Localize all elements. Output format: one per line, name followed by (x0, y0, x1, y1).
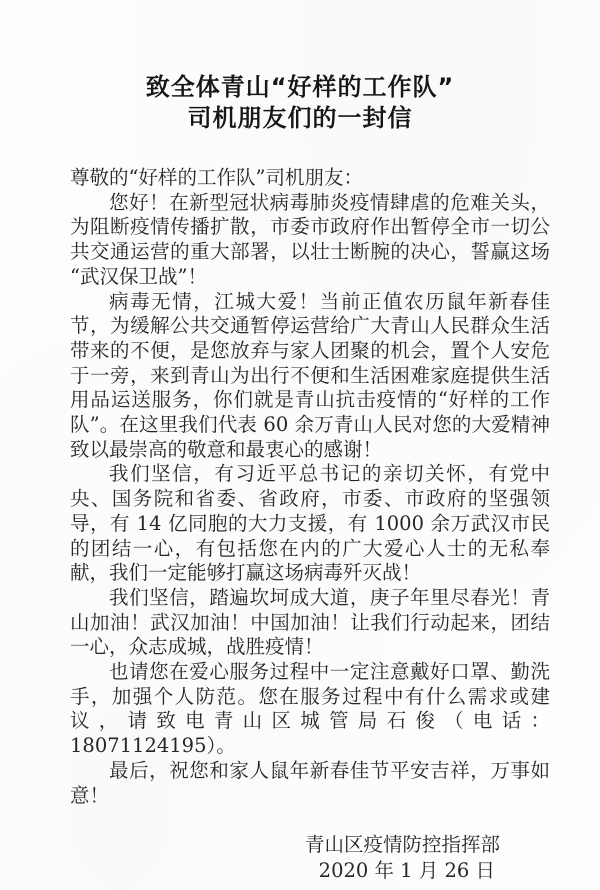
letter-title-line2: 司机朋友们的一封信 (0, 103, 600, 134)
paragraph-safety-contact: 也请您在爱心服务过程中一定注意戴好口罩、勤洗手，加强个人防范。您在服务过程中有什… (70, 660, 550, 759)
letter-title: 致全体青山“好样的工作队” 司机朋友们的一封信 (0, 72, 600, 134)
paragraph-closing-wishes: 最后，祝您和家人鼠年新春佳节平安吉祥，万事如意！ (70, 759, 550, 808)
paragraph-confidence-leadership: 我们坚信，有习近平总书记的亲切关怀，有党中央、国务院和省委、省政府，市委、市政府… (70, 462, 550, 586)
salutation: 尊敬的“好样的工作队”司机朋友： (70, 166, 550, 191)
signature-org: 青山区疫情防控指挥部 (70, 832, 550, 858)
letter-title-line1: 致全体青山“好样的工作队” (0, 72, 600, 103)
paragraph-gratitude: 病毒无情，江城大爱！当前正值农历鼠年新春佳节，为缓解公共交通暂停运营给广大青山人… (70, 290, 550, 463)
letter-body: 尊敬的“好样的工作队”司机朋友： 您好！在新型冠状病毒肺炎疫情肆虐的危难关头，为… (70, 166, 550, 884)
letter-page: 致全体青山“好样的工作队” 司机朋友们的一封信 尊敬的“好样的工作队”司机朋友：… (0, 0, 600, 890)
signature-block: 青山区疫情防控指挥部 2020 年 1 月 26 日 (70, 832, 550, 884)
paragraph-cheer-slogans: 我们坚信，踏遍坎坷成大道，庚子年里尽春光！青山加油！武汉加油！中国加油！让我们行… (70, 586, 550, 660)
paragraph-greeting: 您好！在新型冠状病毒肺炎疫情肆虐的危难关头，为阻断疫情传播扩散，市委市政府作出暂… (70, 191, 550, 290)
letter-date: 2020 年 1 月 26 日 (70, 858, 550, 884)
